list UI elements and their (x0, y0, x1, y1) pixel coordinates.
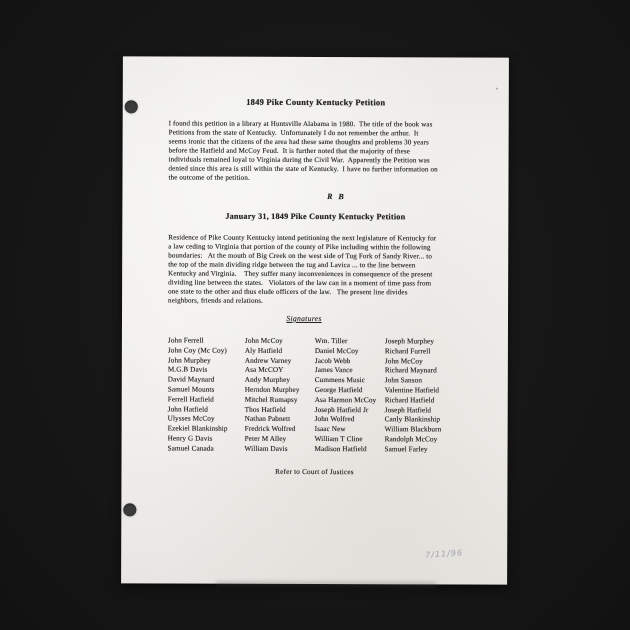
signature-name: Richard Maynard (385, 367, 468, 377)
petition-paragraph: Residence of Pike County Kentucky intend… (168, 233, 436, 306)
signature-name: William Blackburn (385, 425, 468, 435)
signature-name: Samuel Farley (385, 445, 468, 455)
signature-name: Daniel McCoy (315, 347, 385, 357)
signature-name: Nathan Pabnett (245, 415, 315, 425)
signature-name: Samuel Mounts (168, 385, 245, 395)
signature-name: John Coy (Mc Coy) (168, 346, 245, 356)
author-initials: R B (143, 191, 529, 201)
signature-name: Richard Furrell (385, 347, 468, 357)
petition-title: January 31, 1849 Pike County Kentucky Pe… (122, 211, 508, 221)
signature-name: Canly Blankinship (385, 416, 468, 426)
signature-name: Joseph Murphey (385, 337, 468, 347)
signature-name: John McCoy (245, 337, 315, 347)
signature-name: Ulysses McCoy (168, 415, 245, 425)
signature-name: Asa McCOY (245, 366, 315, 376)
signature-name: M.G.B Davis (168, 366, 245, 376)
signature-name: Wm. Tiller (315, 337, 385, 347)
signature-name: William T Cline (315, 435, 385, 445)
signature-name: Valentine Hatfield (385, 386, 468, 396)
handwritten-date: 7/11/96 (425, 548, 463, 559)
punch-hole-bottom (123, 503, 136, 516)
signature-name: John Wolfred (315, 415, 385, 425)
signature-name: Ezekiel Blankinship (168, 425, 245, 435)
signatures-list: John FerrellJohn McCoyWm. TillerJoseph M… (168, 336, 468, 455)
signature-name: Henry G Davis (168, 434, 245, 444)
signature-name: Asa Harmon McCoy (315, 396, 385, 406)
document-title: 1849 Pike County Kentucky Petition (123, 96, 509, 107)
footer-note: Refer to Court of Justices (121, 467, 507, 476)
signature-name: Ferrell Hatfield (168, 395, 245, 405)
signature-name: William Davis (245, 445, 315, 455)
signature-name: David Maynard (168, 376, 245, 386)
scan-background: 1849 Pike County Kentucky Petition I fou… (0, 0, 630, 630)
signature-name: John Ferrell (168, 336, 245, 346)
signature-name: Fredrick Wolfred (245, 425, 315, 435)
signature-name: John Sanson (385, 376, 468, 386)
signature-name: Aly Hatfield (245, 347, 315, 357)
signature-name: Samuel Canada (168, 444, 245, 454)
signature-name: Peter M Alley (245, 435, 315, 445)
scan-speck (496, 88, 498, 90)
signature-name: Andy Murphey (245, 376, 315, 386)
signature-name: George Hatfield (315, 386, 385, 396)
document-page: 1849 Pike County Kentucky Petition I fou… (121, 56, 509, 584)
signatures-heading: Signatures (111, 313, 497, 323)
signature-name: Mitchel Rumapsy (245, 396, 315, 406)
scan-smudge (216, 582, 436, 587)
signature-name: Cummens Music (315, 376, 385, 386)
intro-paragraph: I found this petition in a library at Hu… (168, 119, 437, 183)
signature-name: Herndon Murphey (245, 386, 315, 396)
signature-name: Isaac New (315, 425, 385, 435)
signature-name: Richard Hatfield (385, 396, 468, 406)
signature-name: James Vance (315, 366, 385, 376)
signature-name: Randolph McCoy (385, 435, 468, 445)
signature-name: Madison Hatfield (315, 445, 385, 455)
